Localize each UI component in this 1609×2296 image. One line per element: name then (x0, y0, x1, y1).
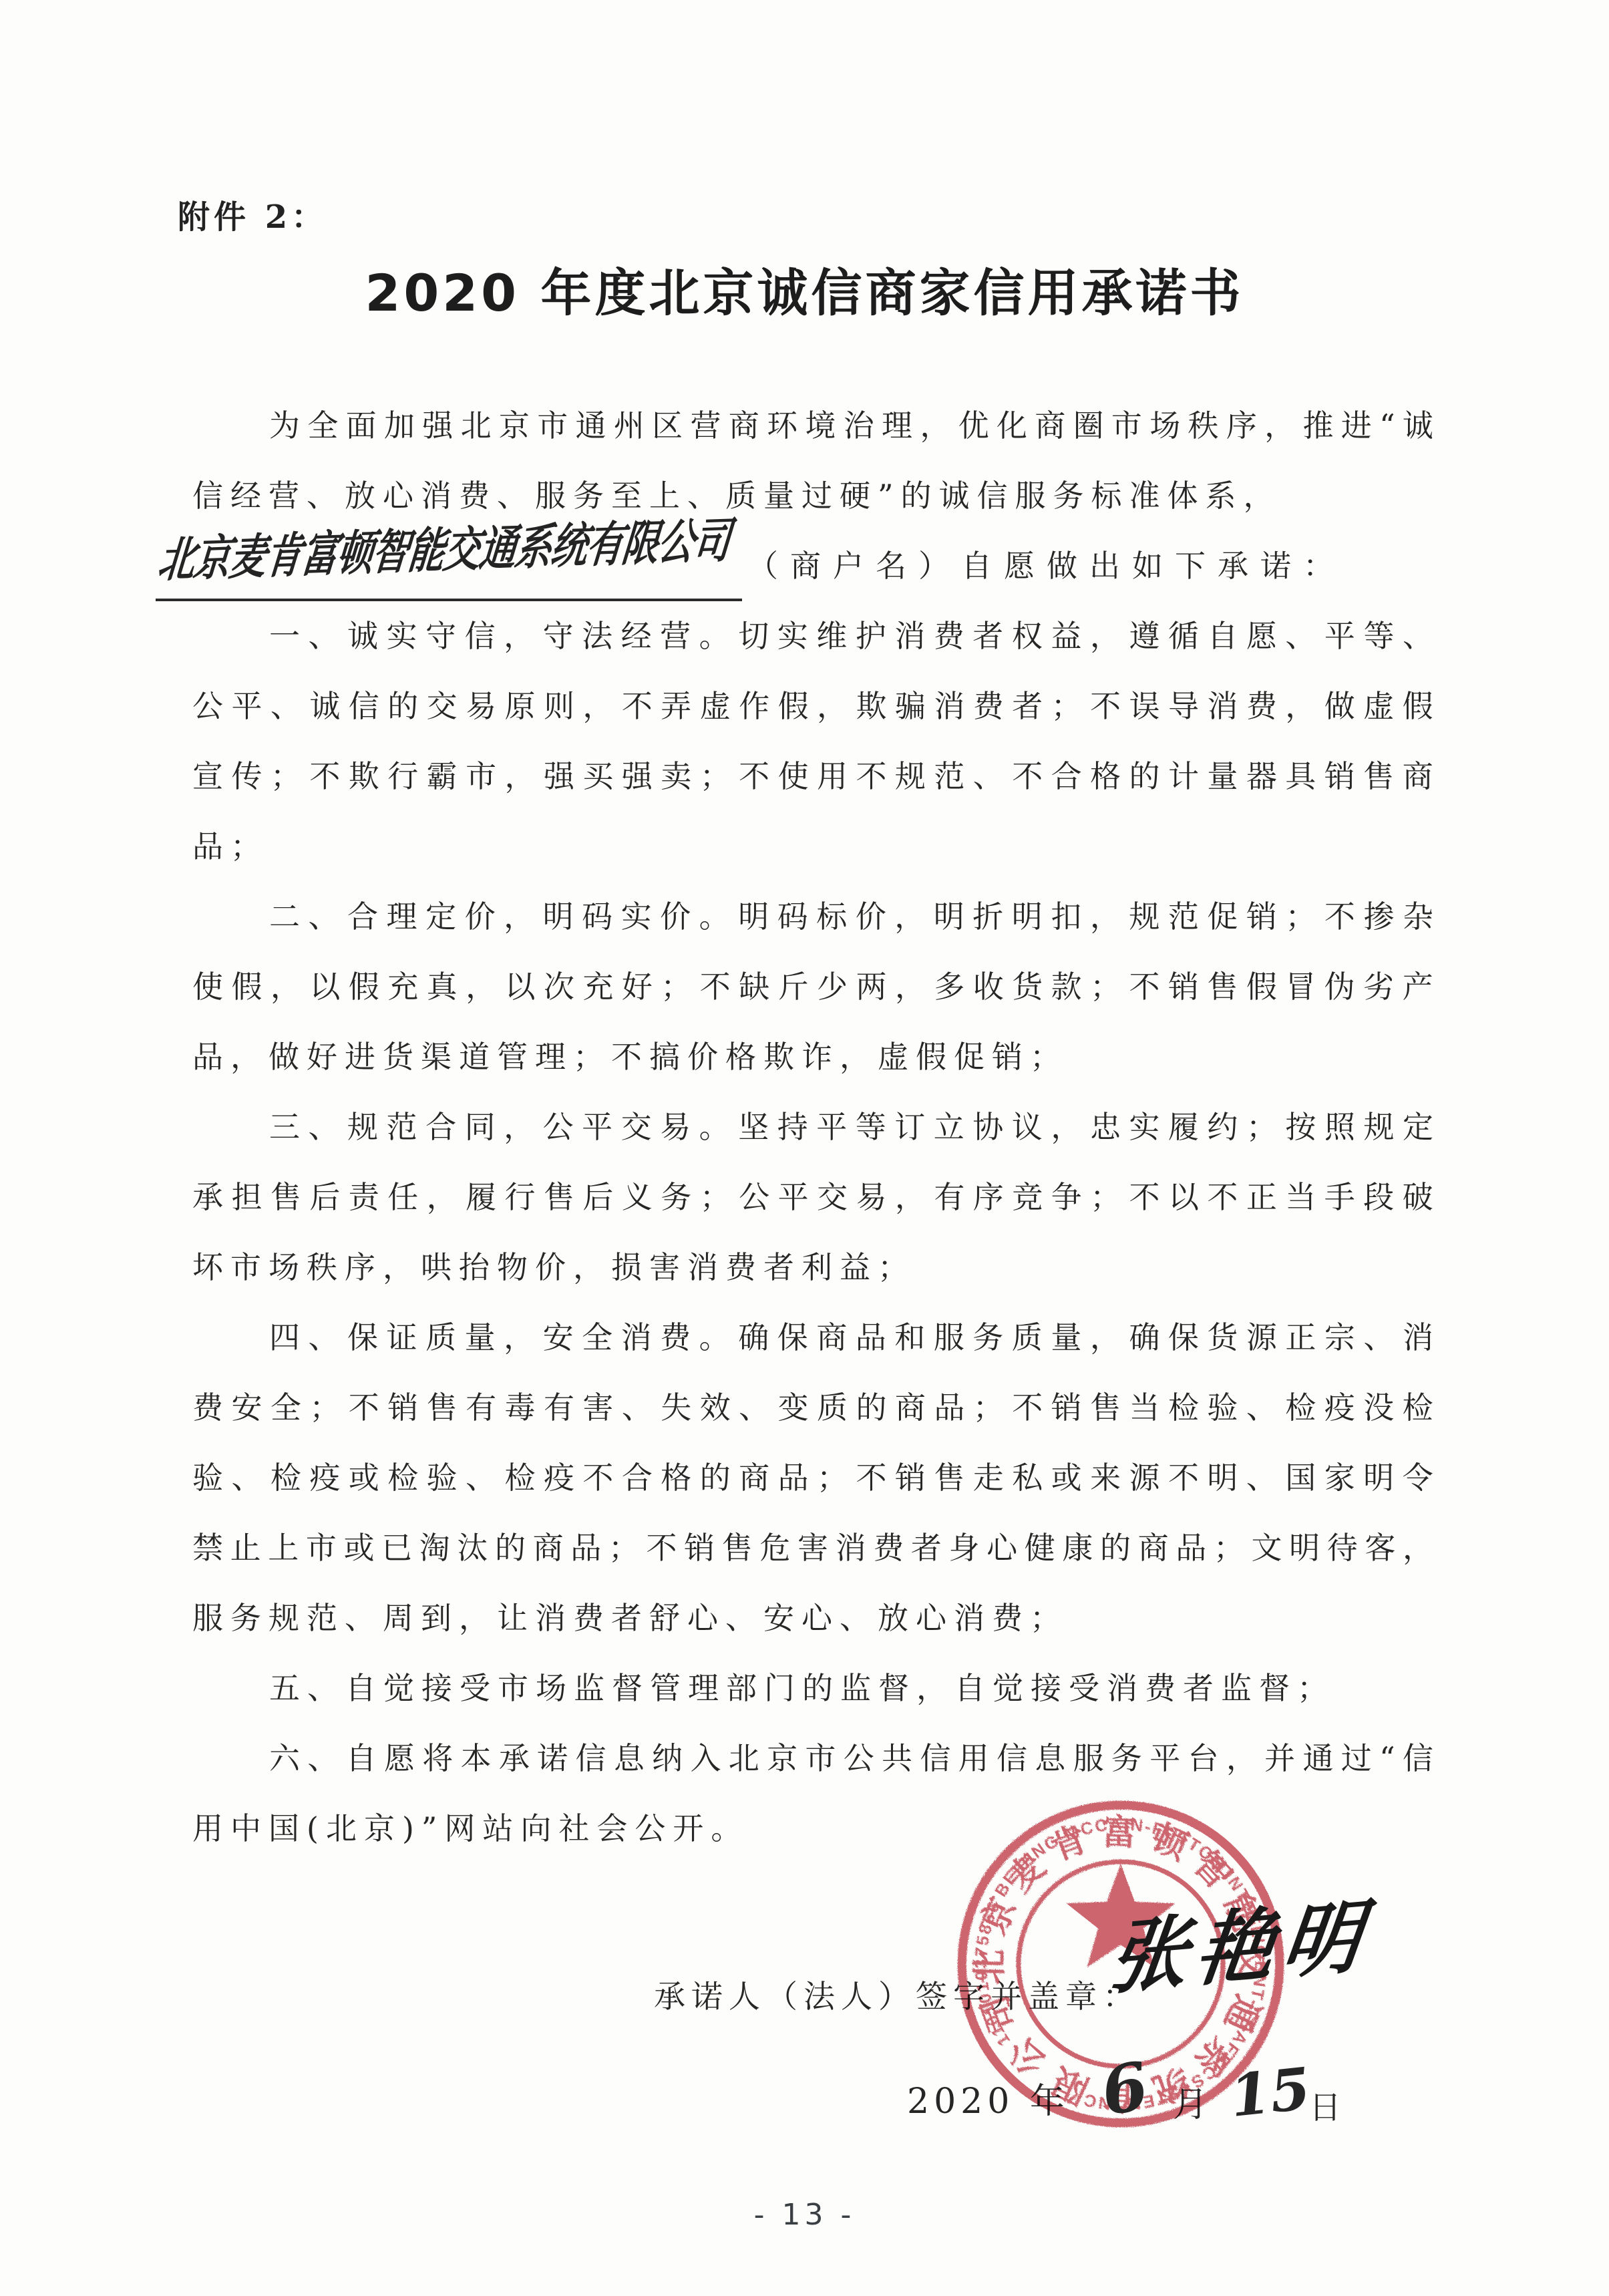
body-line: 三、规范合同，公平交易。坚持平等订立协议，忠实履约；按照规定 (192, 1092, 1433, 1162)
body-line: 二、合理定价，明码实价。明码标价，明折明扣，规范促销；不掺杂 (192, 882, 1433, 952)
day-unit: 日 (1309, 2082, 1341, 2128)
body-line: 禁止上市或已淘汰的商品；不销售危害消费者身心健康的商品；文明待客， (192, 1513, 1433, 1583)
body-line: 五、自觉接受市场监督管理部门的监督，自觉接受消费者监督； (192, 1653, 1433, 1724)
document-page: 附件 2： 2020 年度北京诚信商家信用承诺书 为全面加强北京市通州区营商环境… (0, 0, 1609, 2296)
body-line: 费安全；不销售有毒有害、失效、变质的商品；不销售当检验、检疫没检 (192, 1373, 1433, 1443)
body-line: 为全面加强北京市通州区营商环境治理，优化商圈市场秩序，推进“诚 (192, 391, 1433, 461)
body-line: 六、自愿将本承诺信息纳入北京市公共信用信息服务平台，并通过“信 (192, 1724, 1433, 1794)
page-number: - 13 - (0, 2198, 1609, 2232)
handwritten-company-underline: 北京麦肯富顿智能交通系统有限公司 (156, 531, 742, 601)
body-line: 服务规范、周到，让消费者舒心、安心、放心消费； (192, 1583, 1433, 1653)
body-line: 一、诚实守信，守法经营。切实维护消费者权益，遵循自愿、平等、 (192, 601, 1433, 671)
page-title: 2020 年度北京诚信商家信用承诺书 (0, 253, 1609, 325)
document-body: 为全面加强北京市通州区营商环境治理，优化商圈市场秩序，推进“诚信经营、放心消费、… (192, 391, 1433, 1864)
body-line: 公平、诚信的交易原则，不弄虚作假，欺骗消费者；不误导消费，做虚假 (192, 671, 1433, 742)
body-line: 北京麦肯富顿智能交通系统有限公司（商户名）自愿做出如下承诺： (192, 531, 1433, 601)
body-line: 宣传；不欺行霸市，强买强卖；不使用不规范、不合格的计量器具销售商 (192, 742, 1433, 812)
body-line: 品； (192, 812, 1433, 882)
body-line: 坏市场秩序，哄抬物价，损害消费者利益； (192, 1233, 1433, 1303)
handwritten-day: 15 (1227, 2055, 1314, 2130)
body-line: 四、保证质量，安全消费。确保商品和服务质量，确保货源正宗、消 (192, 1303, 1433, 1373)
handwritten-signature: 张艳明 (1103, 1872, 1377, 2009)
body-line: 验、检疫或检验、检疫不合格的商品；不销售走私或来源不明、国家明令 (192, 1443, 1433, 1513)
body-line: 品，做好进货渠道管理；不搞价格欺诈，虚假促销； (192, 1022, 1433, 1092)
merchant-name-suffix: （商户名）自愿做出如下承诺： (747, 548, 1346, 584)
attachment-label: 附件 2： (178, 191, 327, 237)
body-line: 使假，以假充真，以次充好；不缺斤少两，多收货款；不销售假冒伪劣产 (192, 952, 1433, 1022)
body-line: 承担售后责任，履行售后义务；公平交易，有序竞争；不以不正当手段破 (192, 1162, 1433, 1233)
body-line: 信经营、放心消费、服务至上、质量过硬”的诚信服务标准体系， (192, 461, 1433, 531)
